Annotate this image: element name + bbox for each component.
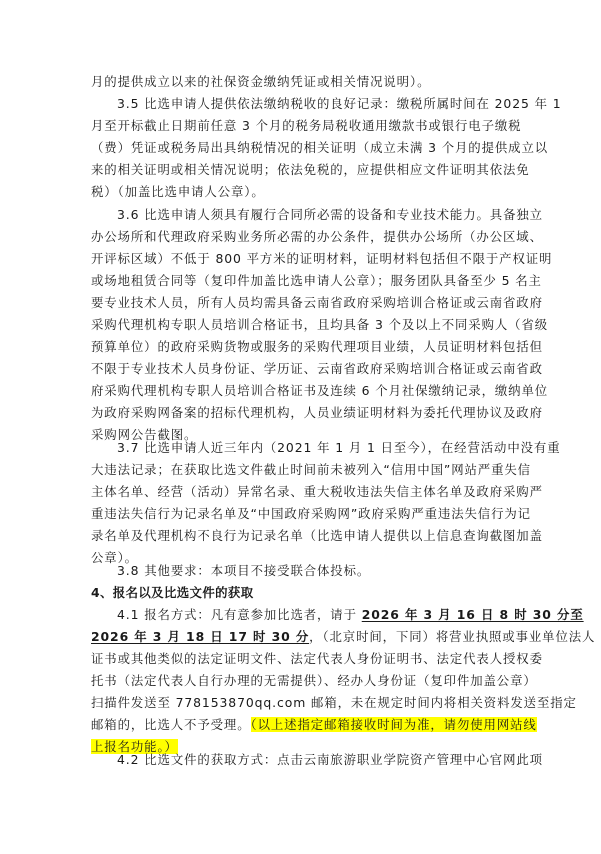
paragraph-3-7: 3.7 比选申请人近三年内（2021 年 1 月 1 日至今），在经营活动中没有…	[117, 437, 511, 459]
paragraph-4-2: 4.2 比选文件的获取方式：点击云南旅游职业学院资产管理中心官网此项	[117, 749, 511, 771]
paragraph-line: 府采购代理机构专职人员培训合格证书及连续 6 个月社保缴纳记录，缴纳单位	[91, 380, 511, 402]
paragraph-line: 要专业技术人员，所有人员均需具备云南省政府采购培训合格证或云南省政府	[91, 292, 511, 314]
paragraph-3-8: 3.8 其他要求：本项目不接受联合体投标。	[117, 560, 511, 582]
paragraph-line: 大违法记录；在获取比选文件截止时间前未被列入“信用中国”网站严重失信	[91, 459, 511, 481]
paragraph-line: 或场地租赁合同等（复印件加盖比选申请人公章）；服务团队具备至少 5 名主	[91, 270, 511, 292]
paragraph-line: 办公场所和代理政府采购业务所必需的办公条件，提供办公场所（办公区域、	[91, 226, 511, 248]
paragraph-line: 托书（法定代表人自行办理的无需提供）、经办人身份证（复印件加盖公章）	[91, 670, 511, 692]
paragraph-line: 证书或其他类似的法定证明文件、法定代表人身份证明书、法定代表人授权委	[91, 648, 511, 670]
paragraph-line: 主体名单、经营（活动）异常名录、重大税收违法失信主体名单及政府采购严	[91, 481, 511, 503]
paragraph-line: 为政府采购网备案的招标代理机构，人员业绩证明材料为委托代理协议及政府	[91, 402, 511, 424]
paragraph-line: 录名单及代理机构不良行为记录名单（比选申请人提供以上信息查询截图加盖	[91, 525, 511, 547]
document-page: 月的提供成立以来的社保资金缴纳凭证或相关情况说明）。 3.5 比选申请人提供依法…	[0, 0, 601, 854]
highlighted-note: （以上述指定邮箱接收时间为准，请勿使用网站线	[251, 717, 537, 732]
paragraph-line: 不限于专业技术人员身份证、学历证、云南省政府采购培训合格证或云南省政	[91, 358, 511, 380]
text: 邮箱的，比选人不予受理。	[91, 717, 251, 732]
paragraph-line: 来的相关证明或相关情况说明；依法免税的，应提供相应文件证明其依法免	[91, 159, 511, 181]
paragraph-line: 月的提供成立以来的社保资金缴纳凭证或相关情况说明）。	[91, 71, 511, 93]
text: ，（北京时间，下同）将营业执照或事业单位法人	[309, 629, 595, 644]
text: 4.1 报名方式：凡有意参加比选者，请于	[117, 607, 362, 622]
paragraph-line: 重违法失信行为记录名单及“中国政府采购网”政府采购严重违法失信行为记	[91, 503, 511, 525]
paragraph-line: 开评标区域）不低于 800 平方米的证明材料，证明材料包括但不限于产权证明	[91, 248, 511, 270]
paragraph-4-1: 4.1 报名方式：凡有意参加比选者，请于 2026 年 3 月 16 日 8 时…	[117, 604, 511, 626]
paragraph-line: 邮箱的，比选人不予受理。（以上述指定邮箱接收时间为准，请勿使用网站线	[91, 714, 511, 736]
paragraph-line: 月至开标截止日期前任意 3 个月的税务局税收通用缴款书或银行电子缴税	[91, 115, 511, 137]
paragraph-3-5: 3.5 比选申请人提供依法缴纳税收的良好记录：缴税所属时间在 2025 年 1	[117, 93, 511, 115]
section-heading-4: 4、报名以及比选文件的获取	[91, 582, 511, 604]
paragraph-3-6: 3.6 比选申请人须具有履行合同所必需的设备和专业技术能力。具备独立	[117, 204, 511, 226]
paragraph-line: 采购代理机构专职人员培训合格证书，且均具备 3 个及以上不同采购人（省级	[91, 314, 511, 336]
registration-end-date: 2026 年 3 月 18 日 17 时 30 分	[91, 629, 309, 644]
paragraph-line: 2026 年 3 月 18 日 17 时 30 分，（北京时间，下同）将营业执照…	[91, 626, 511, 648]
paragraph-line: 预算单位）的政府采购货物或服务的采购代理项目业绩，人员证明材料包括但	[91, 336, 511, 358]
paragraph-line: 税）（加盖比选申请人公章）。	[91, 181, 511, 203]
registration-start-date: 2026 年 3 月 16 日 8 时 30 分至	[362, 607, 584, 622]
paragraph-line: （费）凭证或税务局出具纳税情况的相关证明（成立未满 3 个月的提供成立以	[91, 137, 511, 159]
paragraph-line-email: 扫描件发送至 778153870qq.com 邮箱，未在规定时间内将相关资料发送…	[91, 692, 511, 714]
